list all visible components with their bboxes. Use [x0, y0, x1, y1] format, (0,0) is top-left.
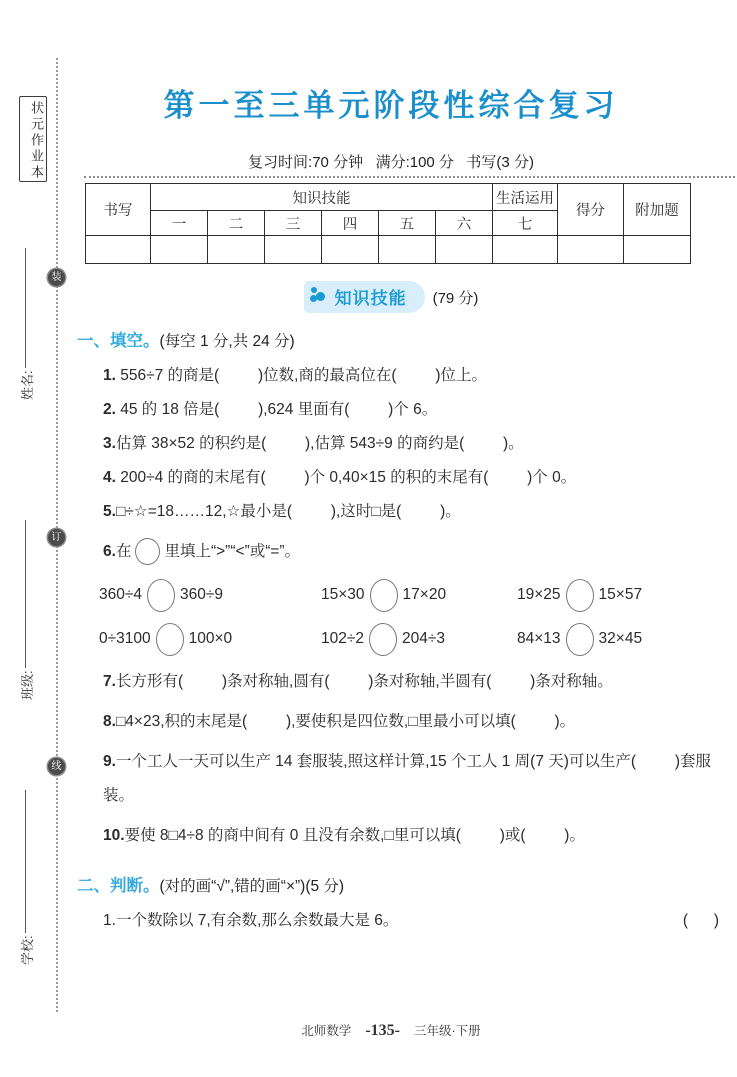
comparison-circle: [370, 579, 398, 612]
brand-tab: 状元作业本: [19, 96, 47, 182]
score-cell: [558, 236, 624, 264]
exam-info: 复习时间:70 分钟 满分:100 分 书写(3 分): [75, 151, 707, 172]
part1-note: (每空 1 分,共 24 分): [160, 333, 295, 350]
question-number: 9.: [103, 753, 116, 770]
comparison-right: 100×0: [189, 622, 233, 656]
question-number: 1.: [103, 367, 116, 384]
question-number: 1.: [103, 912, 116, 929]
score-table: 书写 知识技能 生活运用 得分 附加题 一 二 三 四 五 六 七: [85, 183, 691, 264]
comparison-right: 15×57: [599, 578, 643, 612]
comparison-grid: 360÷4360÷9 15×3017×20 19×2515×57 0÷31001…: [99, 573, 719, 661]
score-cell: [436, 236, 493, 264]
subcol-6: 六: [436, 211, 493, 236]
part1-title: 一、填空。: [77, 332, 160, 350]
question-4: 4. 200÷4 的商的末尾有( )个 0,40×15 的积的末尾有( )个 0…: [103, 461, 719, 495]
part1-heading: 一、填空。(每空 1 分,共 24 分): [77, 324, 719, 359]
footer-book: 北师数学: [301, 1021, 351, 1039]
score-cell: [379, 236, 436, 264]
question-number: 3.: [103, 435, 116, 452]
binding-mark-zhuang: 装: [48, 269, 65, 286]
score-cell: [322, 236, 379, 264]
question-text: 一个工人一天可以生产 14 套服装,照这样计算,15 个工人 1 周(7 天)可…: [103, 753, 711, 804]
score-cell: [208, 236, 265, 264]
score-cell: [624, 236, 691, 264]
question-9: 9.一个工人一天可以生产 14 套服装,照这样计算,15 个工人 1 周(7 天…: [103, 745, 719, 813]
name-label: 姓名:: [17, 370, 36, 400]
question-8: 8.□4×23,积的末尾是( ),要使积是四位数,□里最小可以填( )。: [103, 705, 719, 739]
comparison-left: 84×13: [517, 622, 561, 656]
question-10: 10.要使 8□4÷8 的商中间有 0 且没有余数,□里可以填( )或( )。: [103, 819, 719, 853]
question-2: 2. 45 的 18 倍是( ),624 里面有( )个 6。: [103, 393, 719, 427]
question-7: 7.长方形有( )条对称轴,圆有( )条对称轴,半圆有( )条对称轴。: [103, 665, 719, 699]
col-bonus: 附加题: [624, 184, 691, 236]
footer-volume: 三年级·下册: [414, 1021, 481, 1039]
question-number: 4.: [103, 469, 116, 486]
comparison-right: 17×20: [403, 578, 447, 612]
question-number: 7.: [103, 673, 116, 690]
question-6: 6.在里填上“>”“<”或“=”。: [103, 535, 719, 569]
dotted-separator: [84, 176, 735, 178]
subcol-5: 五: [379, 211, 436, 236]
col-life: 生活运用: [493, 184, 558, 211]
comparison-right: 360÷9: [180, 578, 223, 612]
comparison-item: 360÷4360÷9: [99, 573, 321, 617]
comparison-item: 0÷3100100×0: [99, 617, 321, 661]
footer-page-number: -135-: [365, 1022, 400, 1040]
question-text: □4×23,积的末尾是( ),要使积是四位数,□里最小可以填( )。: [116, 713, 575, 730]
question-text: 长方形有( )条对称轴,圆有( )条对称轴,半圆有( )条对称轴。: [116, 673, 613, 690]
badge-label: 知识技能: [335, 284, 407, 309]
binding-mark-xian: 线: [48, 758, 65, 775]
name-field: 姓名:: [16, 248, 36, 400]
answer-blank: ( ): [683, 904, 719, 938]
name-blank-line: [25, 248, 26, 368]
comparison-circle: [566, 623, 594, 656]
col-score: 得分: [558, 184, 624, 236]
part2-heading: 二、判断。(对的画“√”,错的画“×”)(5 分): [77, 869, 719, 904]
question-1: 1. 556÷7 的商是( )位数,商的最高位在( )位上。: [103, 359, 719, 393]
page-title: 第一至三单元阶段性综合复习: [75, 80, 707, 125]
question-text: 一个数除以 7,有余数,那么余数最大是 6。: [116, 912, 398, 929]
part2-note: (对的画“√”,错的画“×”)(5 分): [160, 878, 345, 895]
question-text: 在: [116, 543, 132, 560]
subcol-1: 一: [151, 211, 208, 236]
comparison-circle: [566, 579, 594, 612]
comparison-left: 102÷2: [321, 622, 364, 656]
comparison-circle: [369, 623, 397, 656]
fill-circle: [135, 538, 160, 565]
judgment-question-1: 1.一个数除以 7,有余数,那么余数最大是 6。( ): [103, 904, 719, 938]
question-text: 556÷7 的商是( )位数,商的最高位在( )位上。: [116, 367, 487, 384]
score-cell: [265, 236, 322, 264]
binding-mark-ding: 订: [48, 529, 65, 546]
question-text: 45 的 18 倍是( ),624 里面有( )个 6。: [116, 401, 437, 418]
question-text: 估算 38×52 的积约是( ),估算 543÷9 的商约是( )。: [116, 435, 524, 452]
comparison-circle: [156, 623, 184, 656]
question-text: 200÷4 的商的末尾有( )个 0,40×15 的积的末尾有( )个 0。: [116, 469, 576, 486]
question-number: 10.: [103, 827, 125, 844]
class-blank-line: [25, 520, 26, 668]
comparison-left: 0÷3100: [99, 622, 151, 656]
subcol-4: 四: [322, 211, 379, 236]
question-number: 8.: [103, 713, 116, 730]
comparison-left: 360÷4: [99, 578, 142, 612]
question-text: □÷☆=18……12,☆最小是( ),这时□是( )。: [116, 503, 461, 520]
badge-score: (79 分): [433, 287, 479, 308]
col-handwriting: 书写: [86, 184, 151, 236]
class-field: 班级:: [16, 520, 36, 700]
question-text: 里填上“>”“<”或“=”。: [164, 543, 300, 560]
judgment-text: 1.一个数除以 7,有余数,那么余数最大是 6。: [103, 904, 398, 938]
comparison-item: 102÷2204÷3: [321, 617, 517, 661]
question-number: 6.: [103, 543, 116, 560]
badge-pill: 知识技能: [304, 281, 425, 313]
part2-title: 二、判断。: [77, 877, 160, 895]
dots-icon: [316, 292, 325, 301]
question-text: 要使 8□4÷8 的商中间有 0 且没有余数,□里可以填( )或( )。: [125, 827, 585, 844]
subcol-7: 七: [493, 211, 558, 236]
school-label: 学校:: [17, 935, 36, 965]
question-5: 5.□÷☆=18……12,☆最小是( ),这时□是( )。: [103, 495, 719, 529]
col-knowledge: 知识技能: [151, 184, 493, 211]
comparison-item: 84×1332×45: [517, 617, 719, 661]
question-number: 2.: [103, 401, 116, 418]
question-number: 5.: [103, 503, 116, 520]
subcol-2: 二: [208, 211, 265, 236]
comparison-item: 15×3017×20: [321, 573, 517, 617]
class-label: 班级:: [17, 670, 36, 700]
score-cell: [151, 236, 208, 264]
comparison-circle: [147, 579, 175, 612]
question-3: 3.估算 38×52 的积约是( ),估算 543÷9 的商约是( )。: [103, 427, 719, 461]
score-cell: [86, 236, 151, 264]
page-footer: 北师数学 -135- 三年级·下册: [75, 1021, 707, 1040]
comparison-right: 204÷3: [402, 622, 445, 656]
subcol-3: 三: [265, 211, 322, 236]
comparison-item: 19×2515×57: [517, 573, 719, 617]
school-blank-line: [25, 790, 26, 933]
school-field: 学校:: [16, 790, 36, 965]
comparison-right: 32×45: [599, 622, 643, 656]
comparison-left: 19×25: [517, 578, 561, 612]
score-cell: [493, 236, 558, 264]
question-area: 一、填空。(每空 1 分,共 24 分) 1. 556÷7 的商是( )位数,商…: [77, 324, 719, 938]
section-badge: 知识技能 (79 分): [75, 281, 707, 313]
comparison-left: 15×30: [321, 578, 365, 612]
